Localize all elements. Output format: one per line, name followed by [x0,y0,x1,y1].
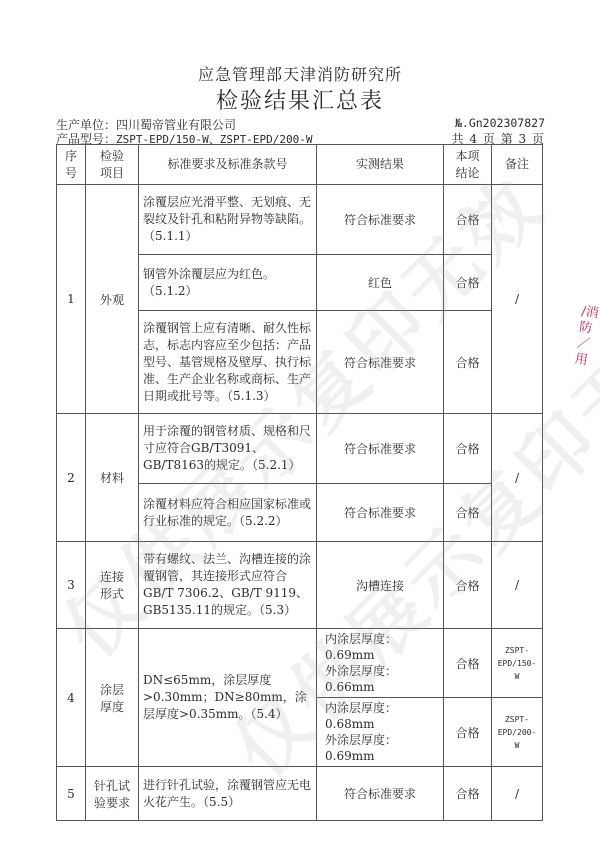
inner-thickness: 内涂层厚度：0.68mm [325,700,435,732]
inner-thickness: 内涂层厚度：0.69mm [325,631,435,663]
table-row: 2 材料 用于涂覆的钢管材质、规格和尺寸应符合GB/T3091、GB/T8163… [57,414,543,484]
result-cell: 内涂层厚度：0.68mm 外涂层厚度：0.69mm [317,698,444,767]
conclusion-cell: 合格 [444,311,492,414]
item-cell: 连接形式 [86,542,139,629]
conclusion-cell: 合格 [444,629,492,698]
table-row: 4 涂层厚度 DN≤65mm，涂层厚度>0.30mm；DN≥80mm，涂层厚度>… [57,629,543,698]
requirement-cell: 钢管外涂覆层应为红色。（5.1.2） [139,255,317,311]
result-cell: 符合标准要求 [317,484,444,542]
result-cell: 符合标准要求 [317,767,444,821]
col-header-requirement: 标准要求及标准条款号 [139,145,317,185]
remark-cell: / [492,414,543,542]
table-header-row: 序号 检验项目 标准要求及标准条款号 实测结果 本项结论 备注 [57,145,543,185]
col-header-item: 检验项目 [86,145,139,185]
seq-cell: 2 [57,414,86,542]
seq-cell: 3 [57,542,86,629]
conclusion-cell: 合格 [444,542,492,629]
remark-cell: / [492,542,543,629]
outer-thickness: 外涂层厚度：0.69mm [325,732,435,764]
conclusion-cell: 合格 [444,698,492,767]
organization-name: 应急管理部天津消防研究所 [0,62,600,85]
col-header-remark: 备注 [492,145,543,185]
requirement-cell: 涂覆材料应符合相应国家标准或行业标准的规定。（5.2.2） [139,484,317,542]
result-cell: 符合标准要求 [317,414,444,484]
conclusion-cell: 合格 [444,255,492,311]
red-stamp-fragment: /消防 ／用 [574,304,600,370]
conclusion-cell: 合格 [444,185,492,255]
remark-cell: / [492,185,543,414]
col-header-result: 实测结果 [317,145,444,185]
requirement-cell: 进行针孔试验，涂覆钢管应无电火花产生。（5.5） [139,767,317,821]
result-cell: 红色 [317,255,444,311]
remark-cell: ZSPT-EPD/150-W [492,629,543,698]
col-header-seq: 序号 [57,145,86,185]
item-cell: 外观 [86,185,139,414]
outer-thickness: 外涂层厚度：0.66mm [325,663,435,695]
table-row: 5 针孔试验要求 进行针孔试验，涂覆钢管应无电火花产生。（5.5） 符合标准要求… [57,767,543,821]
item-cell: 针孔试验要求 [86,767,139,821]
report-number: №.Gn202307827 [455,116,545,130]
item-cell: 涂层厚度 [86,629,139,767]
requirement-cell: 用于涂覆的钢管材质、规格和尺寸应符合GB/T3091、GB/T8163的规定。（… [139,414,317,484]
requirement-cell: 带有螺纹、法兰、沟槽连接的涂覆钢管，其连接形式应符合GB/T 7306.2、GB… [139,542,317,629]
seq-cell: 5 [57,767,86,821]
conclusion-cell: 合格 [444,414,492,484]
col-header-conclusion: 本项结论 [444,145,492,185]
result-cell: 内涂层厚度：0.69mm 外涂层厚度：0.66mm [317,629,444,698]
conclusion-cell: 合格 [444,484,492,542]
remark-cell: / [492,767,543,821]
seq-cell: 1 [57,185,86,414]
requirement-cell: 涂覆层应光滑平整、无划痕、无裂纹及针孔和粘附异物等缺陷。（5.1.1） [139,185,317,255]
requirement-cell: DN≤65mm，涂层厚度>0.30mm；DN≥80mm，涂层厚度>0.35mm。… [139,629,317,767]
results-table: 序号 检验项目 标准要求及标准条款号 实测结果 本项结论 备注 1 外观 涂覆层… [56,144,543,821]
result-cell: 沟槽连接 [317,542,444,629]
result-cell: 符合标准要求 [317,185,444,255]
item-cell: 材料 [86,414,139,542]
table-row: 1 外观 涂覆层应光滑平整、无划痕、无裂纹及针孔和粘附异物等缺陷。（5.1.1）… [57,185,543,255]
table-row: 3 连接形式 带有螺纹、法兰、沟槽连接的涂覆钢管，其连接形式应符合GB/T 73… [57,542,543,629]
page-title: 检验结果汇总表 [0,84,600,115]
conclusion-cell: 合格 [444,767,492,821]
requirement-cell: 涂覆钢管上应有清晰、耐久性标志，标志内容应至少包括：产品型号、基管规格及壁厚、执… [139,311,317,414]
result-cell: 符合标准要求 [317,311,444,414]
remark-cell: ZSPT-EPD/200-W [492,698,543,767]
seq-cell: 4 [57,629,86,767]
